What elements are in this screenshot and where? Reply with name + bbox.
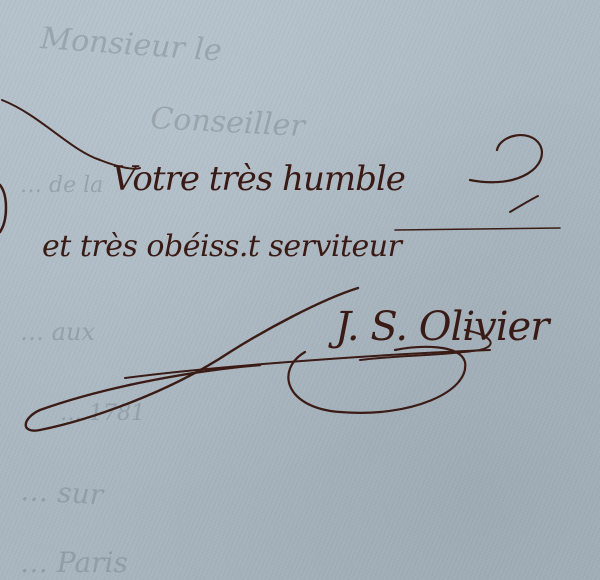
accent-mark: [510, 196, 538, 212]
ghost-line: … sur: [20, 474, 106, 511]
closing-line-2: et très obéiss.t serviteur: [42, 229, 404, 264]
closing-line-1: Votre très humble: [112, 159, 405, 199]
ghost-line: … aux: [20, 318, 95, 346]
bleed-through-text: Monsieur le Conseiller … de la … aux … 1…: [20, 21, 308, 579]
ghost-line: Monsieur le: [38, 21, 222, 69]
margin-curve: [0, 185, 6, 232]
underline-stroke: [395, 228, 560, 230]
ghost-line: … Paris: [20, 546, 128, 579]
ghost-line: Conseiller: [150, 101, 308, 144]
closing-flourish: [470, 135, 542, 182]
letter-page: Monsieur le Conseiller … de la … aux … 1…: [0, 0, 600, 580]
handwriting-layer: Monsieur le Conseiller … de la … aux … 1…: [0, 0, 600, 580]
signature-text: J. S. Olivier: [328, 304, 552, 350]
ghost-line: … de la: [20, 173, 103, 198]
